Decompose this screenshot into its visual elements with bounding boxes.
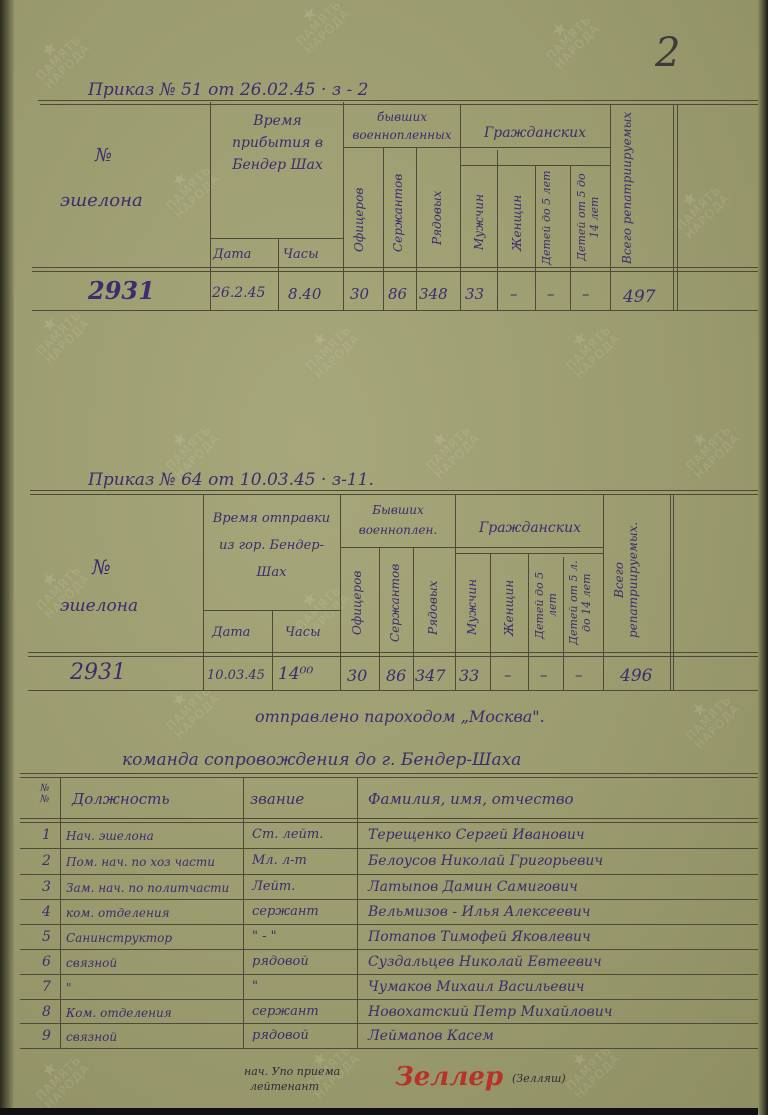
row-number: 9 — [42, 1028, 51, 1044]
order1-children-5-14-value: – — [582, 285, 590, 303]
star-icon: ★ — [286, 0, 335, 39]
escort-title: команда сопровождения до г. Бендер-Шаха — [122, 750, 521, 770]
row-position: ком. отделения — [66, 906, 170, 920]
echelon-header: эшелона — [60, 190, 143, 211]
row-rank: Ст. лейт. — [252, 827, 323, 842]
escort-rank-header: звание — [250, 790, 304, 808]
order1-sergeants-value: 86 — [388, 285, 407, 303]
star-icon: ★ — [26, 300, 75, 349]
star-icon: ★ — [416, 415, 465, 464]
row-number: 1 — [42, 827, 51, 843]
order2-children-5-14-value: – — [575, 666, 583, 684]
row-number: 2 — [42, 853, 51, 869]
watermark: ★ПАМЯТЬНАРОДА — [156, 155, 222, 221]
date-header: Дата — [212, 625, 250, 640]
order2-total-value: 496 — [620, 666, 652, 686]
row-rank: Мл. л-т — [252, 853, 307, 868]
privates-header: Рядовых — [430, 170, 444, 265]
escort-name-header: Фамилия, имя, отчество — [368, 790, 574, 808]
order1-privates-value: 348 — [419, 285, 448, 303]
women-header: Женщин — [502, 565, 516, 650]
order2-sergeants-value: 86 — [386, 666, 406, 685]
order1-date-value: 26.2.45 — [212, 285, 265, 301]
children-5-14-header: Детей от 5 до 14 лет — [575, 170, 605, 265]
star-icon: ★ — [536, 5, 585, 54]
row-number: 6 — [42, 954, 51, 970]
row-position: Пом. нач. по хоз части — [66, 855, 215, 869]
order2-children-under5-value: – — [540, 666, 548, 684]
watermark: ★ПАМЯТЬНАРОДА — [536, 5, 602, 71]
signature: Зеллер — [395, 1062, 503, 1092]
order1-women-value: – — [510, 285, 518, 303]
civilians-header: Гражданских — [465, 125, 605, 141]
star-icon: ★ — [156, 415, 205, 464]
order1-total-value: 497 — [623, 287, 655, 307]
watermark: ★ПАМЯТЬНАРОДА — [26, 25, 92, 91]
arrival-time-header: Время прибытия в Бендер Шах — [215, 110, 340, 176]
watermark: ★ПАМЯТЬНАРОДА — [26, 1045, 92, 1111]
sergeants-header: Сержантов — [388, 555, 402, 650]
watermark: ★ПАМЯТЬНАРОДА — [676, 685, 742, 751]
escort-position-header: Должность — [72, 790, 170, 808]
watermark: ★ПАМЯТЬНАРОДА — [676, 415, 742, 481]
star-icon: ★ — [156, 675, 205, 724]
row-position: связной — [66, 956, 117, 970]
row-position: Зам. нач. по политчасти — [66, 881, 229, 895]
star-icon: ★ — [26, 25, 75, 74]
total-header: Всего репатриируемых. — [612, 510, 657, 650]
star-icon: ★ — [556, 315, 605, 364]
row-position: Санинструктор — [66, 931, 172, 945]
echelon-header: эшелона — [60, 596, 138, 616]
row-number: 7 — [42, 979, 51, 995]
row-name: Вельмизов - Илья Алексеевич — [368, 904, 591, 920]
children-5-14-header: Детей от 5 л. до 14 лет — [567, 555, 599, 650]
order1-echelon-value: 2931 — [88, 276, 155, 305]
row-position: Ком. отделения — [66, 1006, 172, 1020]
signature-title-line2: лейтенант — [250, 1080, 319, 1093]
row-name: Чумаков Михаил Васильевич — [368, 979, 584, 995]
date-header: Дата — [213, 247, 251, 262]
hours-header: Часы — [283, 247, 319, 262]
order1-heading: Приказ № 51 от 26.02.45 · з - 2 — [88, 80, 368, 100]
hours-header: Часы — [285, 625, 321, 640]
order1-officers-value: 30 — [350, 285, 369, 303]
watermark: ★ПАМЯТЬНАРОДА — [296, 315, 362, 381]
row-rank: сержант — [252, 904, 319, 919]
civilians-header: Гражданских — [460, 520, 600, 536]
echelon-no-header: № — [95, 145, 112, 166]
row-name: Новохатский Петр Михайлович — [368, 1004, 612, 1020]
watermark: ★ПАМЯТЬНАРОДА — [156, 675, 222, 741]
men-header: Мужчин — [472, 180, 486, 265]
star-icon: ★ — [156, 155, 205, 204]
row-number: 3 — [42, 879, 51, 895]
officers-header: Офицеров — [352, 172, 366, 267]
archival-document-page: ★ПАМЯТЬНАРОДА ★ПАМЯТЬНАРОДА ★ПАМЯТЬНАРОД… — [0, 0, 768, 1115]
total-header: Всего репатриируемых — [620, 110, 665, 265]
departure-time-header: Время отправки из гор. Бендер-Шах — [205, 505, 338, 586]
row-rank: рядовой — [252, 1028, 309, 1043]
children-under5-header: Детей до 5 лет — [533, 560, 561, 650]
star-icon: ★ — [676, 415, 725, 464]
order2-echelon-value: 2931 — [70, 660, 126, 685]
privates-header: Рядовых — [426, 565, 440, 650]
order2-men-value: 33 — [459, 666, 479, 685]
row-position: " — [66, 981, 72, 995]
row-name: Потапов Тимофей Яковлевич — [368, 929, 591, 945]
scan-bottom-edge — [0, 1108, 768, 1115]
signature-name-note: (Зелляш) — [512, 1072, 566, 1085]
row-name: Суздальцев Николай Евтеевич — [368, 954, 602, 970]
row-position: связной — [66, 1030, 117, 1044]
watermark: ★ПАМЯТЬНАРОДА — [286, 0, 352, 56]
order2-date-value: 10.03.45 — [207, 668, 265, 683]
row-name: Латыпов Дамин Самигович — [368, 879, 578, 895]
row-name: Белоусов Николай Григорьевич — [368, 853, 603, 869]
row-rank: Лейт. — [252, 879, 295, 894]
watermark: ★ПАМЯТЬНАРОДА — [666, 175, 732, 241]
row-rank: рядовой — [252, 954, 309, 969]
row-number: 5 — [42, 929, 51, 945]
page-number: 2 — [655, 30, 680, 76]
officers-header: Офицеров — [350, 555, 364, 650]
escort-no-header: №№ — [40, 783, 54, 805]
row-number: 4 — [42, 904, 51, 920]
ship-note: отправлено пароходом „Москва". — [255, 707, 545, 726]
order1-children-under5-value: – — [547, 285, 555, 303]
order2-officers-value: 30 — [347, 666, 367, 685]
men-header: Мужчин — [465, 565, 479, 650]
row-rank: сержант — [252, 1004, 319, 1019]
former-pow-header: Бывших военноплен. — [343, 500, 453, 540]
star-icon: ★ — [296, 315, 345, 364]
row-number: 8 — [42, 1004, 51, 1020]
row-name: Терещенко Сергей Иванович — [368, 827, 585, 843]
star-icon: ★ — [26, 1045, 75, 1094]
children-under5-header: Детей до 5 лет — [540, 170, 568, 265]
order2-heading: Приказ № 64 от 10.03.45 · з-11. — [88, 470, 374, 490]
sergeants-header: Сержантов — [391, 160, 405, 265]
watermark: ★ПАМЯТЬНАРОДА — [556, 315, 622, 381]
order2-privates-value: 347 — [415, 666, 446, 685]
former-pow-header: бывших военнопленных — [346, 108, 458, 144]
order2-women-value: – — [504, 666, 512, 684]
women-header: Женщин — [510, 180, 524, 265]
order1-men-value: 33 — [465, 285, 484, 303]
row-rank: " — [252, 979, 258, 994]
row-rank: " - " — [252, 929, 277, 944]
watermark: ★ПАМЯТЬНАРОДА — [416, 415, 482, 481]
order1-hours-value: 8.40 — [288, 285, 321, 303]
echelon-no-header: № — [92, 555, 111, 579]
star-icon: ★ — [676, 685, 725, 734]
row-position: Нач. эшелона — [66, 829, 154, 843]
row-name: Леймапов Касем — [368, 1028, 494, 1044]
watermark: ★ПАМЯТЬНАРОДА — [556, 1035, 622, 1101]
order2-hours-value: 14⁰⁰ — [278, 664, 313, 684]
signature-title-line1: нач. Упо приема — [244, 1065, 340, 1078]
